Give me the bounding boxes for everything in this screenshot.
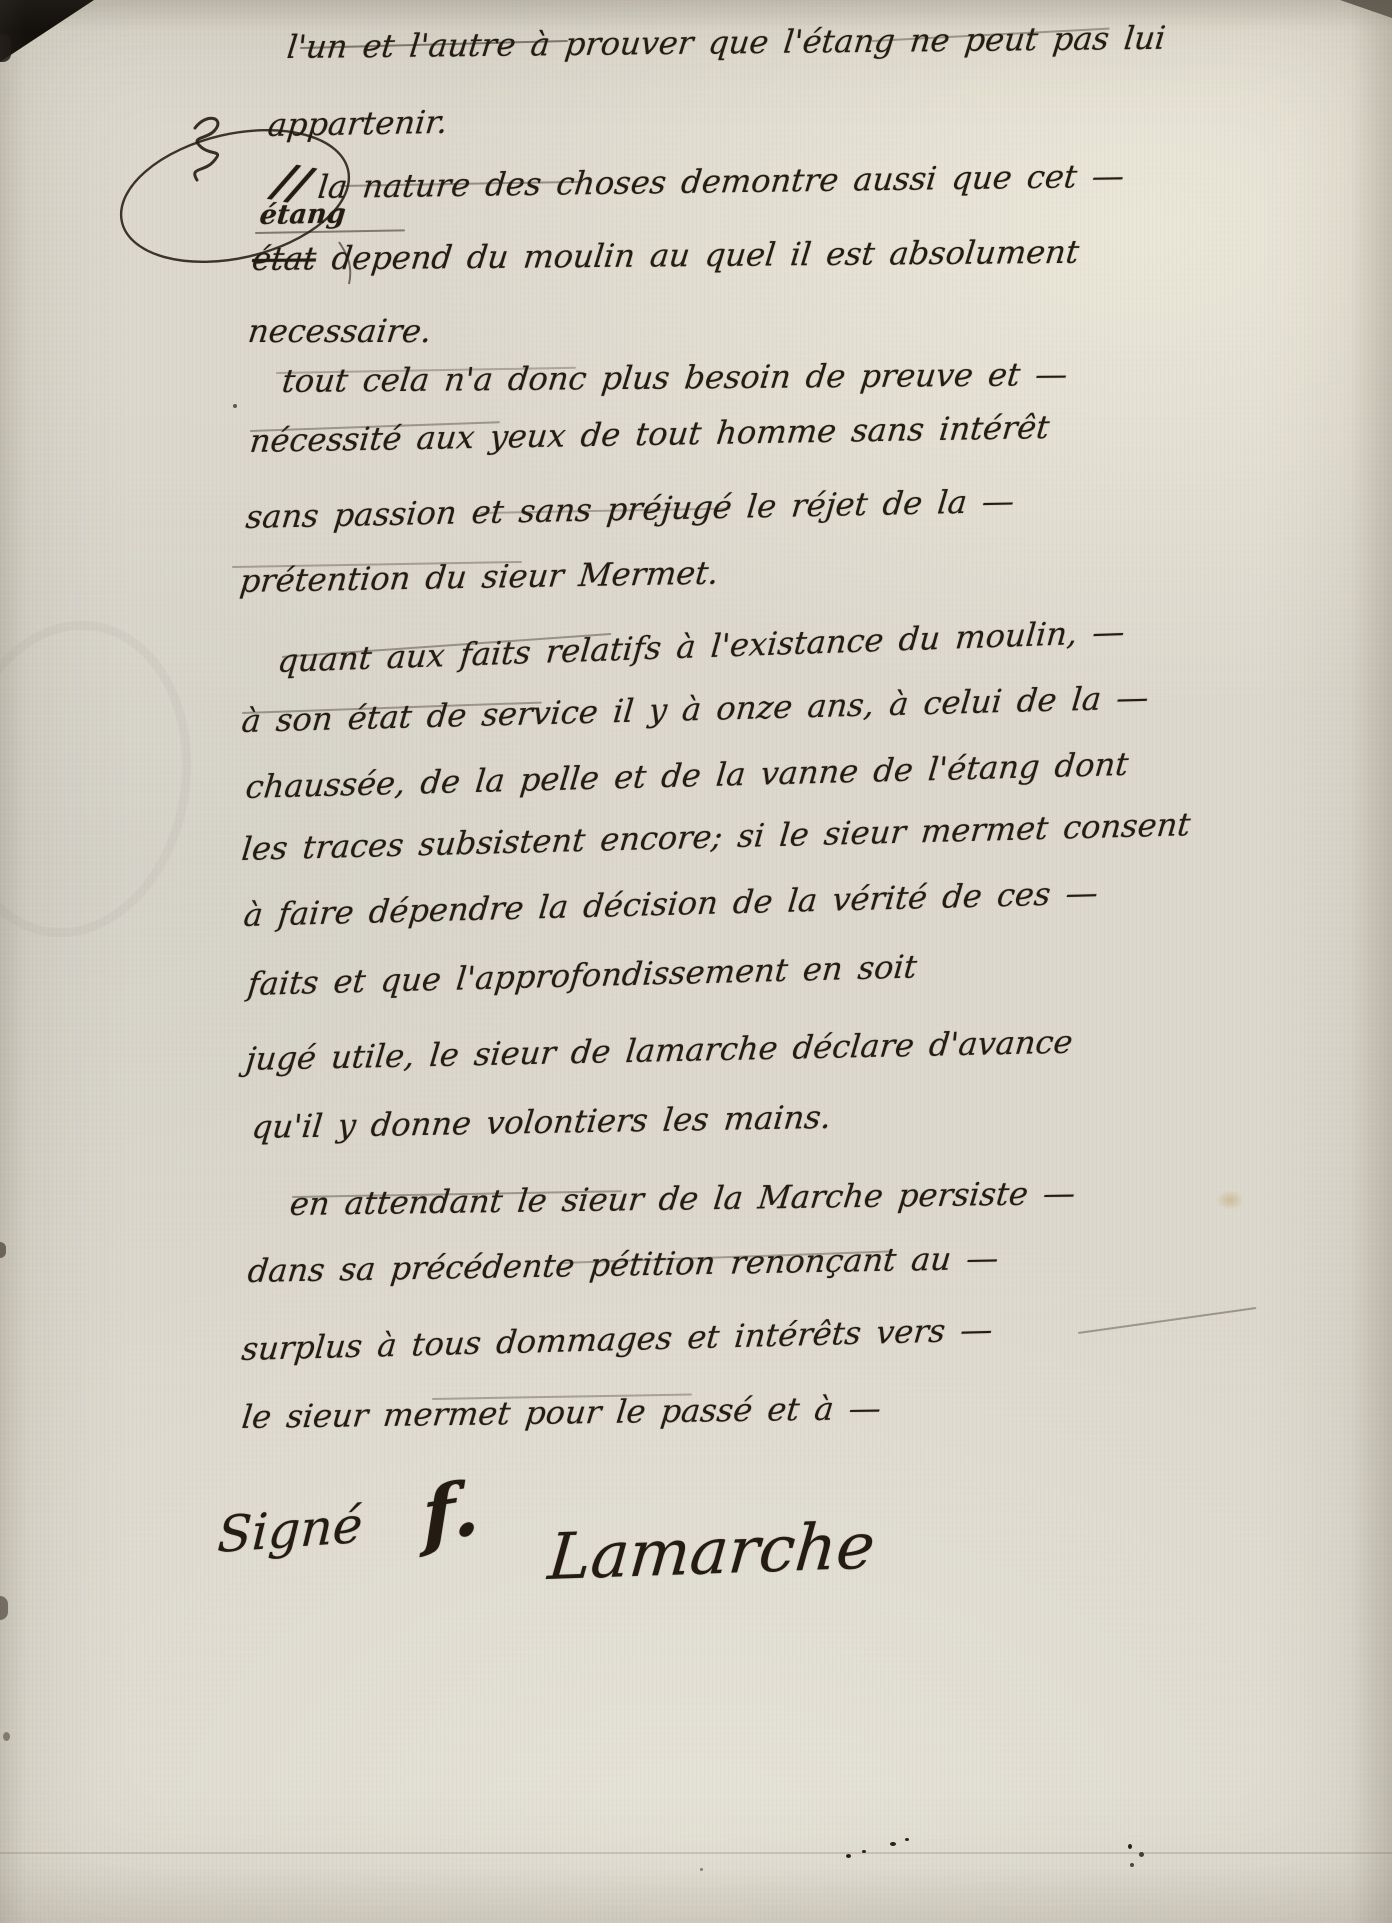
- signature-name: Lamarche: [545, 1509, 878, 1597]
- manuscript-line: chaussée, de la pelle et de la vanne de …: [244, 745, 1130, 806]
- manuscript-line: appartenir.: [266, 103, 449, 145]
- line-text: depend du moulin au quel il est absolume…: [330, 233, 1081, 278]
- signature-label: Signé: [216, 1495, 364, 1565]
- manuscript-line: surplus à tous dommages et intérêts vers…: [240, 1310, 994, 1368]
- ink-speck: [1128, 1844, 1132, 1849]
- edge-blemish: [0, 1242, 6, 1258]
- pen-flourish: [1078, 1307, 1257, 1334]
- torn-corner-top-left: [0, 0, 94, 62]
- edge-blemish: [0, 1596, 8, 1620]
- manuscript-line: à faire dépendre la décision de la vérit…: [242, 874, 1100, 935]
- manuscript-line: la nature des choses demontre aussi que …: [316, 157, 1126, 207]
- ink-speck: [700, 1868, 703, 1871]
- manuscript-line: prétention du sieur Mermet.: [238, 554, 721, 601]
- interline-insertion: étang: [258, 199, 347, 233]
- manuscript-line: les traces subsistent encore; si le sieu…: [240, 805, 1192, 868]
- dark-corner-top-right: [1340, 0, 1392, 18]
- paper-watermark: [0, 603, 213, 954]
- struck-word: état: [250, 239, 318, 278]
- manuscript-line: quant aux faits relatifs à l'existance d…: [276, 613, 1126, 681]
- signature-paraph: f.: [421, 1462, 481, 1561]
- manuscript-line: sans passion et sans préjugé le réjet de…: [244, 482, 1016, 536]
- ink-speck: [1130, 1863, 1134, 1867]
- manuscript-line: qu'il y donne volontiers les mains.: [250, 1098, 833, 1146]
- paper-crease: [0, 1852, 1392, 1854]
- ink-speck: [890, 1842, 896, 1846]
- ink-speck: [1139, 1852, 1144, 1857]
- manuscript-line: nécessité aux yeux de tout homme sans in…: [248, 408, 1051, 460]
- manuscript-line: faits et que l'approfondissement en soit: [246, 948, 919, 1004]
- manuscript-line: l'un et l'autre à prouver que l'étang ne…: [285, 19, 1168, 67]
- manuscript-line: jugé utile, le sieur de lamarche déclare…: [244, 1023, 1075, 1079]
- manuscript-page: l'un et l'autre à prouver que l'étang ne…: [0, 0, 1392, 1923]
- manuscript-line: necessaire.: [246, 312, 434, 350]
- manuscript-line: dans sa précédente pétition renonçant au…: [246, 1239, 1000, 1290]
- ink-speck: [862, 1850, 866, 1853]
- ink-speck: [905, 1838, 909, 1841]
- ink-speck: [846, 1854, 851, 1858]
- manuscript-line: à son état de service il y à onze ans, à…: [240, 678, 1150, 740]
- manuscript-line: tout cela n'a donc plus besoin de preuve…: [280, 355, 1070, 400]
- paper-stain: [1216, 1190, 1244, 1210]
- manuscript-line: le sieur mermet pour le passé et à —: [240, 1389, 883, 1436]
- edge-blemish: [3, 1732, 10, 1741]
- ink-speck: [233, 404, 237, 408]
- manuscript-line: étatdepend du moulin au quel il est abso…: [250, 233, 1081, 279]
- manuscript-line: en attendant le sieur de la Marche persi…: [288, 1174, 1077, 1223]
